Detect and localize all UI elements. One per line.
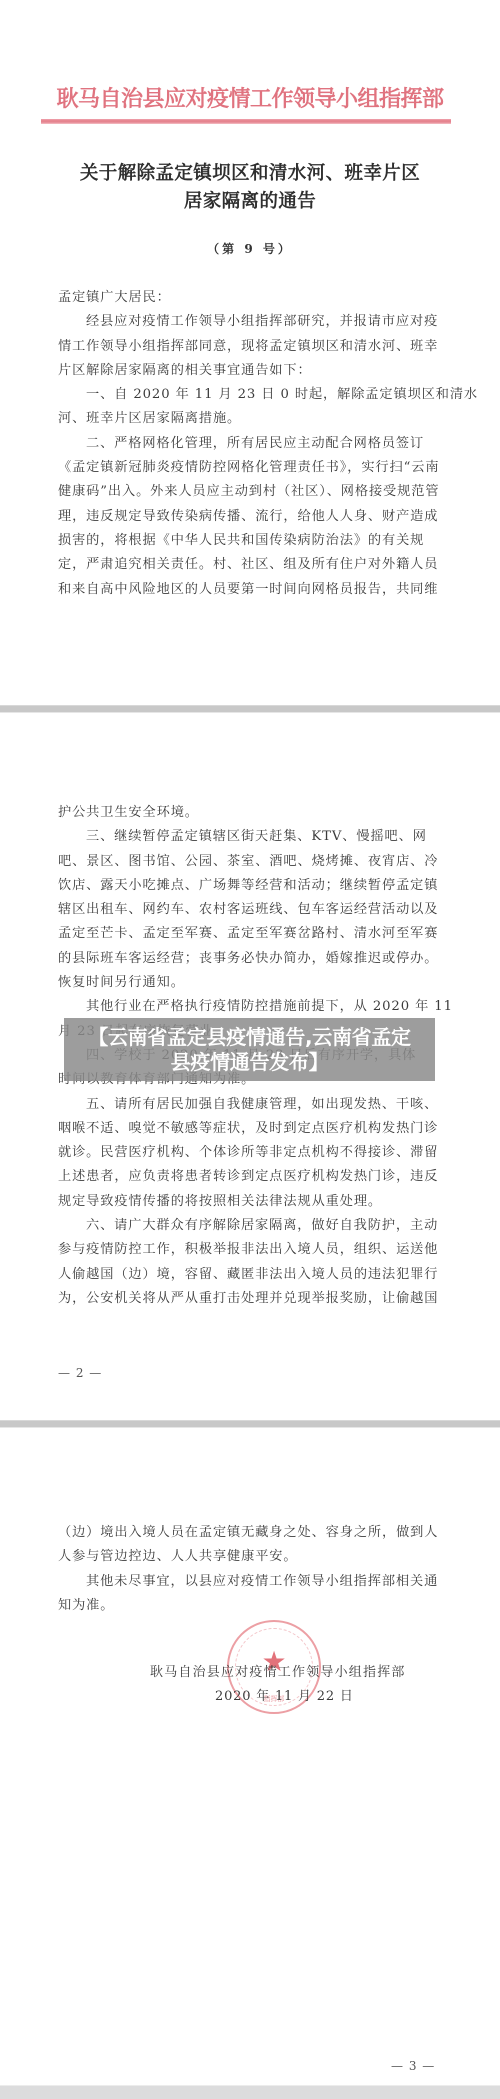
page-number-3: — 3 — (391, 2059, 435, 2073)
body-line: 定，严肃追究相关责任。村、社区、组及所有住户对外籍人员 (58, 553, 434, 577)
body-line: 其他行业在严格执行疫情防控措施前提下，从 2020 年 11 (58, 995, 434, 1019)
body-line: 的县际班车客运经营；丧事务必快办简办，婚嫁推迟或停办。 (58, 947, 434, 971)
body-line: 其他未尽事宜，以县应对疫情工作领导小组指挥部相关通 (58, 1570, 434, 1594)
red-header-rule (41, 119, 451, 124)
page-divider (0, 1420, 500, 1428)
body-line: （边）境出入境人员在孟定镇无藏身之处、容身之所，做到人 (58, 1521, 434, 1545)
body-line: 规定导致疫情传播的将按照相关法律法规从重处理。 (58, 1190, 434, 1214)
page-3-body: （边）境出入境人员在孟定镇无藏身之处、容身之所，做到人 人参与管边控边、人人共享… (58, 1521, 434, 1618)
body-line: 人偷越国（边）境，容留、藏匿非法出入境人员的违法犯罪行 (58, 1263, 434, 1287)
body-line: 上述患者，应负责将患者转诊到定点医疗机构发热门诊，违反 (58, 1165, 434, 1189)
body-line: 三、继续暂停孟定镇辖区街天赶集、KTV、慢摇吧、网 (58, 825, 434, 849)
body-line: 孟定至芒卡、孟定至军赛、孟定至军赛岔路村、清水河至军赛 (58, 922, 434, 946)
body-line: 《孟定镇新冠肺炎疫情防控网格化管理责任书》，实行扫“云南 (58, 456, 434, 480)
body-line: 参与疫情防控工作，积极举报非法出入境人员，组织、运送他 (58, 1238, 434, 1262)
article-title-banner: 【云南省孟定县疫情通告,云南省孟定 县疫情通告发布】 (64, 1018, 435, 1081)
body-line: 二、严格网格化管理，所有居民应主动配合网格员签订 (58, 432, 434, 456)
body-line: 恢复时间另行通知。 (58, 971, 434, 995)
body-line: 河、班幸片区居家隔离措施。 (58, 407, 434, 431)
bottom-page-edge (0, 2085, 500, 2099)
body-line: 五、请所有居民加强自我健康管理，如出现发热、干咳、 (58, 1093, 434, 1117)
body-line: 健康码”出入。外来人员应主动到村（社区）、网格接受规范管 (58, 480, 434, 504)
notice-title-line-2: 居家隔离的通告 (0, 187, 500, 213)
body-line: 咽喉不适、嗅觉不敏感等症状，及时到定点医疗机构发热门诊 (58, 1117, 434, 1141)
body-line: 孟定镇广大居民： (58, 286, 434, 310)
body-line: 六、请广大群众有序解除居家隔离，做好自我防护，主动 (58, 1214, 434, 1238)
notice-title-line-1: 关于解除孟定镇坝区和清水河、班幸片区 (0, 159, 500, 185)
banner-title-line-2: 县疫情通告发布】 (171, 1050, 329, 1075)
body-line: 和来自高中风险地区的人员要第一时间向网格员报告，共同维 (58, 578, 434, 602)
issue-number: （第 9 号） (0, 240, 500, 257)
issuing-organization-header: 耿马自治县应对疫情工作领导小组指挥部 (0, 82, 500, 113)
body-line: 理，违反规定导致传染病传播、流行，给他人人身、财产造成 (58, 505, 434, 529)
signature-date: 2020 年 11 月 22 日 (215, 1685, 375, 1704)
body-line: 护公共卫生安全环境。 (58, 801, 434, 825)
body-line: 知为准。 (58, 1594, 434, 1618)
body-line: 为，公安机关将从严从重打击处理并兑现举报奖励，让偷越国 (58, 1287, 434, 1311)
page-1-body: 孟定镇广大居民： 经县应对疫情工作领导小组指挥部研究，并报请市应对疫 情工作领导… (58, 286, 434, 602)
body-line: 就诊。民营医疗机构、个体诊所等非定点机构不得接诊、滞留 (58, 1141, 434, 1165)
page-number-2: — 2 — (58, 1366, 102, 1380)
page-divider (0, 705, 500, 713)
body-line: 片区解除居家隔离的相关事宜通告如下： (58, 359, 434, 383)
body-line: 经县应对疫情工作领导小组指挥部研究，并报请市应对疫 (58, 310, 434, 334)
signature-organization: 耿马自治县应对疫情工作领导小组指挥部 (150, 1661, 410, 1680)
body-line: 情工作领导小组指挥部同意，现将孟定镇坝区和清水河、班幸 (58, 335, 434, 359)
body-line: 吧、景区、图书馆、公园、茶室、酒吧、烧烤摊、夜宵店、冷 (58, 850, 434, 874)
body-line: 一、自 2020 年 11 月 23 日 0 时起，解除孟定镇坝区和清水 (58, 383, 434, 407)
body-line: 人参与管边控边、人人共享健康平安。 (58, 1545, 434, 1569)
body-line: 辖区出租车、网约车、农村客运班线、包车客运经营活动以及 (58, 898, 434, 922)
body-line: 损害的，将根据《中华人民共和国传染病防治法》的有关规 (58, 529, 434, 553)
body-line: 饮店、露天小吃摊点、广场舞等经营和活动；继续暂停孟定镇 (58, 874, 434, 898)
banner-title-line-1: 【云南省孟定县疫情通告,云南省孟定 (88, 1025, 411, 1050)
